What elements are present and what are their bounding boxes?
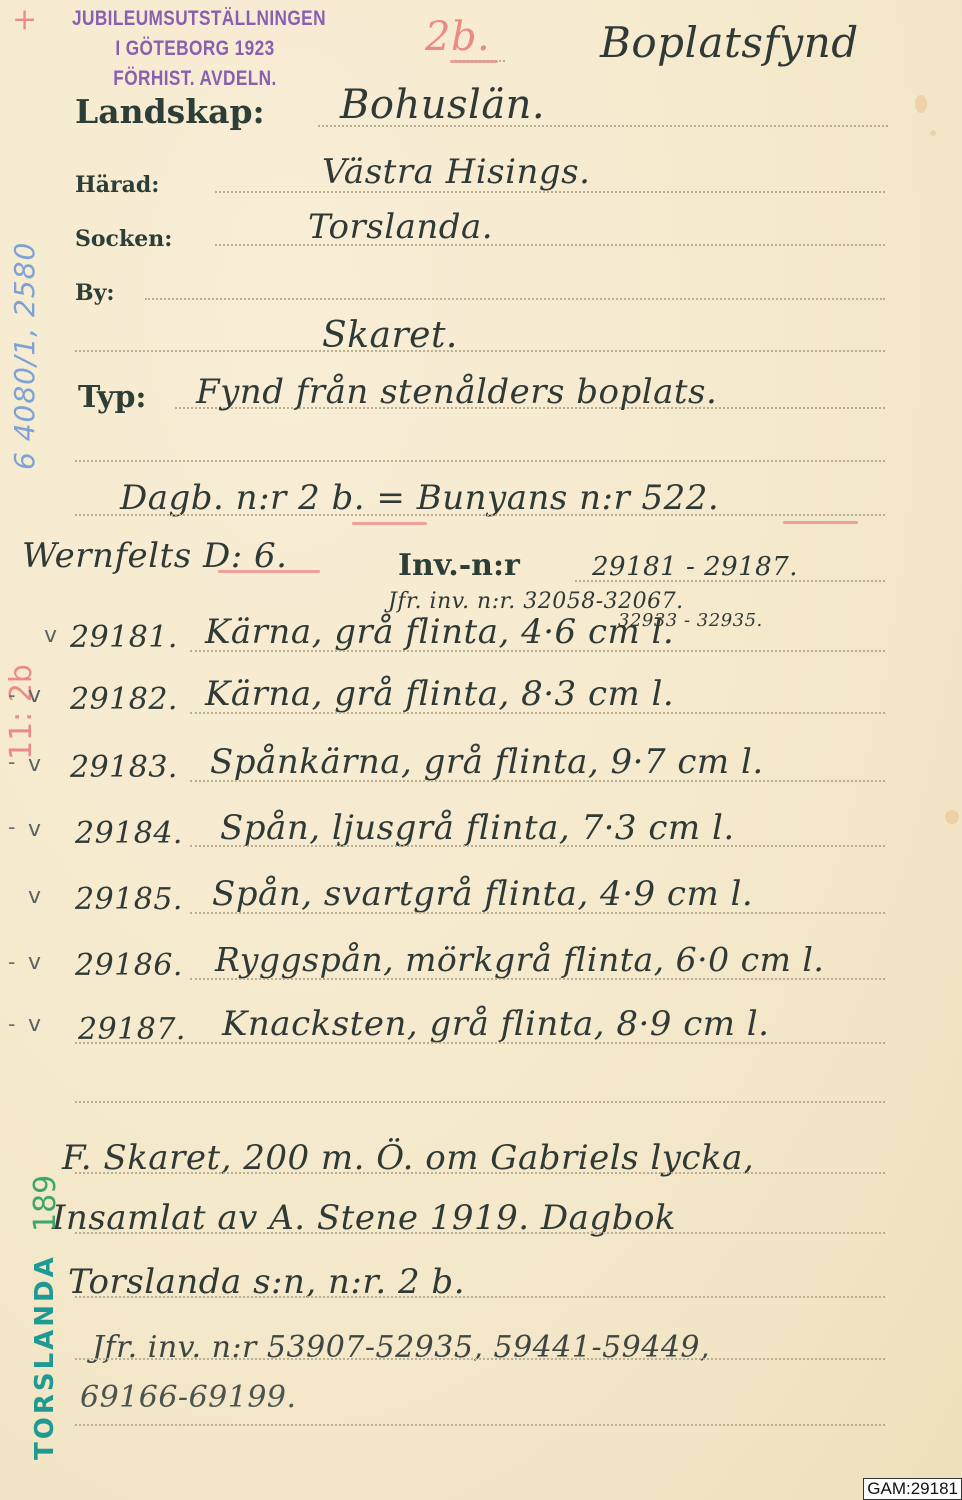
item-description: Kärna, grå flinta, 8·3 cm l. (205, 674, 674, 714)
dash-mark: - (8, 815, 15, 840)
parish-number: 189 (28, 1175, 63, 1232)
item-description: Spånkärna, grå flinta, 9·7 cm l. (210, 742, 764, 782)
check-mark: v (28, 1012, 41, 1037)
dotted-line (75, 1172, 885, 1174)
dash-mark: - (8, 1012, 15, 1037)
inventory-range: 29181 - 29187. (592, 552, 798, 582)
item-description: Kärna, grå flinta, 4·6 cm l. (205, 612, 674, 652)
item-number: 29183. (70, 750, 178, 785)
dotted-line (75, 1424, 885, 1426)
field-value-socken: Torslanda. (308, 207, 493, 247)
field-label-landskap: Landskap: (75, 92, 265, 131)
dash-mark: - (8, 683, 15, 708)
dotted-line (190, 650, 885, 652)
red-underline (783, 521, 858, 524)
item-number: 29186. (75, 948, 183, 983)
catalog-card: + JUBILEUMSUTSTÄLLNINGEN I GÖTEBORG 1923… (0, 0, 962, 1500)
field-label-socken: Socken: (75, 226, 172, 252)
dotted-line (75, 514, 885, 516)
item-description: Ryggspån, mörkgrå flinta, 6·0 cm l. (215, 940, 824, 979)
dotted-line (75, 350, 885, 352)
dotted-line (75, 1358, 885, 1360)
field-value-typ: Fynd från stenålders boplats. (196, 372, 717, 412)
dash-mark: - (8, 750, 15, 775)
check-mark: v (28, 950, 41, 975)
blue-margin-note: 6 4080/1, 2580 (8, 242, 41, 470)
field-label-by: By: (75, 280, 115, 306)
dash-mark: - (8, 950, 15, 975)
field-label-typ: Typ: (78, 380, 147, 415)
dotted-line (75, 1042, 885, 1044)
field-value-landskap: Bohuslän. (340, 82, 545, 128)
item-number: 29181. (70, 620, 178, 655)
item-description: Spån, ljusgrå flinta, 7·3 cm l. (220, 808, 735, 848)
dotted-line (190, 845, 885, 847)
field-label-harad: Härad: (75, 172, 159, 198)
dotted-line (190, 978, 885, 980)
check-mark: v (28, 752, 41, 777)
dotted-line (455, 60, 505, 62)
dotted-line (75, 1296, 885, 1298)
inventory-label: Inv.-n:r (398, 548, 520, 583)
stamp-line-1: JUBILEUMSUTSTÄLLNINGEN (72, 4, 318, 34)
diary-reference: Dagb. n:r 2 b. = Bunyans n:r 522. (120, 478, 719, 518)
red-underline (352, 522, 427, 525)
dotted-line (190, 912, 885, 914)
dotted-line (145, 298, 885, 300)
item-description: Knacksten, grå flinta, 8·9 cm l. (222, 1004, 769, 1044)
check-mark: v (28, 884, 41, 909)
item-description: Spån, svartgrå flinta, 4·9 cm l. (212, 874, 753, 914)
category-title: Boplatsfynd (600, 18, 859, 67)
stamp-line-3: FÖRHIST. AVDELN. (72, 64, 318, 94)
item-number: 29184. (75, 816, 183, 851)
dotted-line (75, 1232, 885, 1234)
corner-mark: + (12, 2, 37, 37)
item-number: 29185. (75, 882, 183, 917)
exhibition-stamp: JUBILEUMSUTSTÄLLNINGEN I GÖTEBORG 1923 F… (72, 4, 318, 94)
stamp-line-2: I GÖTEBORG 1923 (72, 34, 318, 64)
dotted-line (75, 460, 885, 462)
check-mark: v (28, 817, 41, 842)
stain (945, 810, 959, 824)
red-margin-note: 11: 2b (4, 664, 39, 760)
note-line-5: 69166-69199. (80, 1380, 297, 1415)
check-mark: v (44, 623, 57, 648)
red-underline (218, 570, 320, 573)
dotted-line (190, 712, 885, 714)
stain (915, 95, 927, 113)
parish-stamp: TORSLANDA (30, 1254, 60, 1460)
dotted-line (190, 780, 885, 782)
stain (930, 130, 936, 136)
catalog-id-label: GAM:29181 (863, 1478, 962, 1500)
field-value-harad: Västra Hisings. (322, 152, 590, 192)
card-number: 2b. (425, 14, 490, 60)
dotted-line (75, 1101, 885, 1103)
item-number: 29182. (70, 682, 178, 717)
check-mark: v (28, 683, 41, 708)
